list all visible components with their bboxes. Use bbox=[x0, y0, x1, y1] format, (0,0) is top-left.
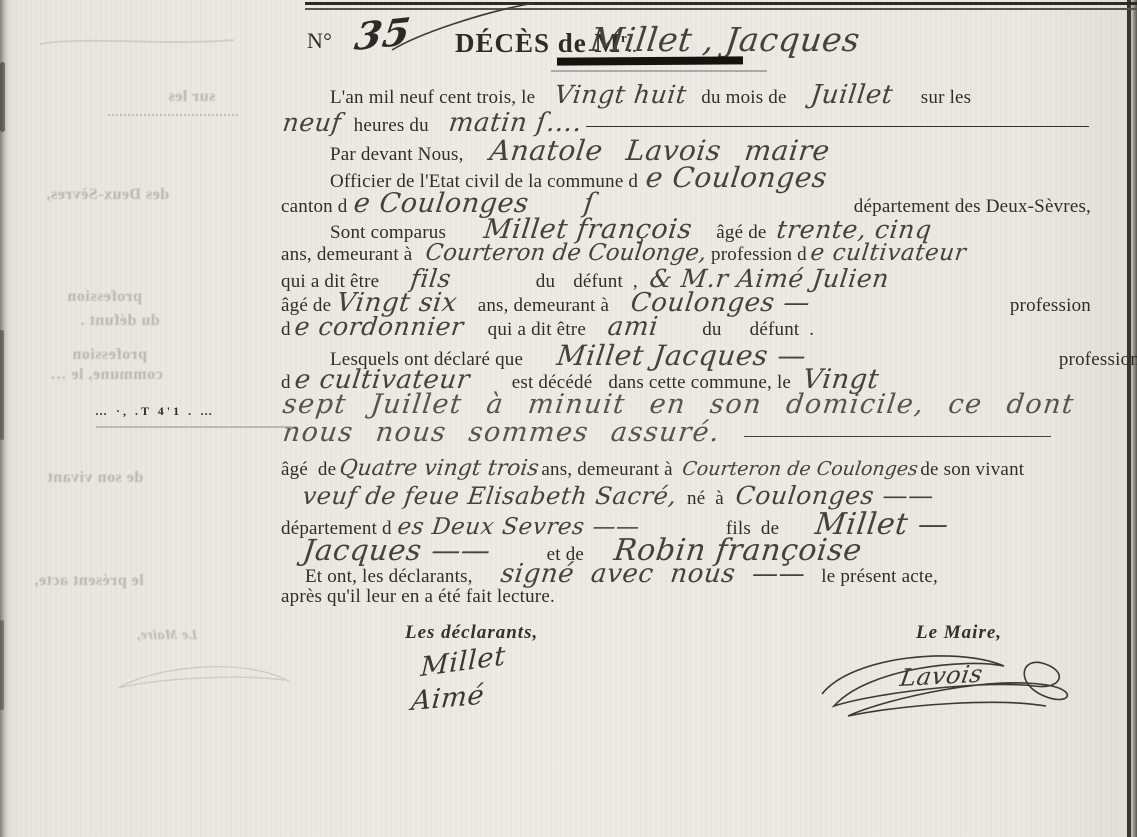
deceased-name: Millet , Jacques bbox=[588, 20, 862, 59]
form-line: sept Juillet à minuit en son domicile, c… bbox=[281, 389, 1097, 420]
printed-text: d bbox=[281, 319, 291, 341]
handwritten-text: veuf de feue Elisabeth Sacré, bbox=[301, 482, 678, 510]
handwritten-text: Juillet bbox=[809, 80, 895, 110]
bleedthrough-text: du défunt . bbox=[80, 312, 160, 330]
page-left-edge-mark bbox=[0, 330, 4, 440]
bleedthrough-text: commune, le … bbox=[50, 366, 163, 384]
form-line: âgé de Quatre vingt trois ans, demeurant… bbox=[281, 456, 1097, 481]
handwritten-text: Vingt huit bbox=[553, 80, 689, 109]
handwritten-text: e cordonnier bbox=[293, 312, 466, 341]
form-line: ans, demeurant à Courteron de Coulonge, … bbox=[281, 240, 1097, 266]
bleedthrough-signature-flourish bbox=[100, 648, 300, 708]
printed-text: ans, demeurant à bbox=[281, 244, 412, 266]
bleedthrough-scribble bbox=[38, 32, 238, 52]
page-left-edge-mark bbox=[0, 620, 4, 710]
record-number-label: N° bbox=[307, 28, 332, 54]
handwritten-text: e cultivateur bbox=[809, 240, 968, 266]
bleedthrough-dotted-line bbox=[108, 114, 238, 116]
handwritten-text: Courteron de Coulonges bbox=[681, 458, 919, 480]
printed-text: défunt . bbox=[750, 319, 815, 341]
mayor-signature: Lavois bbox=[898, 660, 985, 692]
printed-text: qui a dit être bbox=[488, 319, 586, 341]
handwritten-text: Coulonges —— bbox=[734, 481, 936, 510]
bleedthrough-text: sur les bbox=[168, 88, 215, 106]
form-line: Et ont, les déclarants, signé avec nous … bbox=[281, 559, 1121, 589]
bleedthrough-text: de son vivant bbox=[47, 469, 143, 487]
fill-line bbox=[744, 436, 1051, 437]
scanned-death-certificate: N° 35 DÉCÈS de Mr.. Millet , Jacques L'a… bbox=[0, 0, 1137, 837]
declarants-signature-label: Les déclarants, bbox=[405, 622, 538, 644]
bleedthrough-text: profession bbox=[67, 288, 142, 306]
bleedthrough-text: le présent acte, bbox=[34, 572, 144, 590]
printed-text: profession d bbox=[711, 244, 807, 266]
handwritten-text: nous nous sommes assuré. bbox=[281, 417, 722, 448]
printed-text: sur les bbox=[921, 87, 971, 109]
form-line: après qu'il leur en a été fait lecture. bbox=[281, 586, 1097, 608]
printed-text: après qu'il leur en a été fait lecture. bbox=[281, 586, 555, 608]
printed-text: de son vivant bbox=[920, 459, 1024, 481]
page-left-edge-mark bbox=[0, 62, 5, 132]
handwritten-text: ami bbox=[606, 312, 660, 342]
margin-ink-mark: … ·, .T 4'1 . … bbox=[95, 404, 215, 419]
form-line: L'an mil neuf cent trois, le Vingt huit … bbox=[281, 80, 1137, 110]
declarant-signature: Aimé bbox=[410, 680, 486, 717]
mayor-signature-flourish bbox=[806, 644, 1086, 740]
bleedthrough-text: Le Maire, bbox=[136, 628, 197, 644]
printed-text: ans, demeurant à bbox=[541, 459, 672, 481]
mayor-signature-label: Le Maire, bbox=[916, 622, 1002, 644]
form-line: d e cordonnier qui a dit être ami du déf… bbox=[281, 312, 1097, 342]
form-line: nous nous sommes assuré. bbox=[281, 417, 1097, 448]
printed-text: le présent acte, bbox=[821, 566, 938, 588]
handwritten-text: neuf bbox=[281, 108, 343, 137]
bleedthrough-text: des Deux-Sèvres, bbox=[46, 186, 169, 204]
page-right-edge-line bbox=[1127, 0, 1131, 837]
printed-text: du mois de bbox=[701, 87, 786, 109]
fill-line bbox=[586, 126, 1089, 127]
declarant-signature: Millet bbox=[420, 641, 506, 683]
printed-text: L'an mil neuf cent trois, le bbox=[330, 87, 535, 109]
printed-text: du bbox=[702, 319, 721, 341]
handwritten-text: sept Juillet à minuit en son domicile, c… bbox=[281, 389, 1076, 420]
title-underline-heavy bbox=[557, 56, 743, 65]
title-underline-thin bbox=[551, 70, 767, 72]
handwritten-text: signé avec nous —— bbox=[499, 559, 807, 589]
printed-text: Et ont, les déclarants, bbox=[305, 566, 473, 588]
bleedthrough-text: profession bbox=[72, 346, 147, 364]
handwritten-text: Quatre vingt trois bbox=[338, 456, 540, 481]
printed-text: âgé de bbox=[281, 459, 336, 481]
form-line: veuf de feue Elisabeth Sacré, né à Coulo… bbox=[281, 481, 1117, 510]
margin-faint-line bbox=[96, 426, 292, 428]
handwritten-text: Courteron de Coulonge, bbox=[424, 240, 708, 266]
